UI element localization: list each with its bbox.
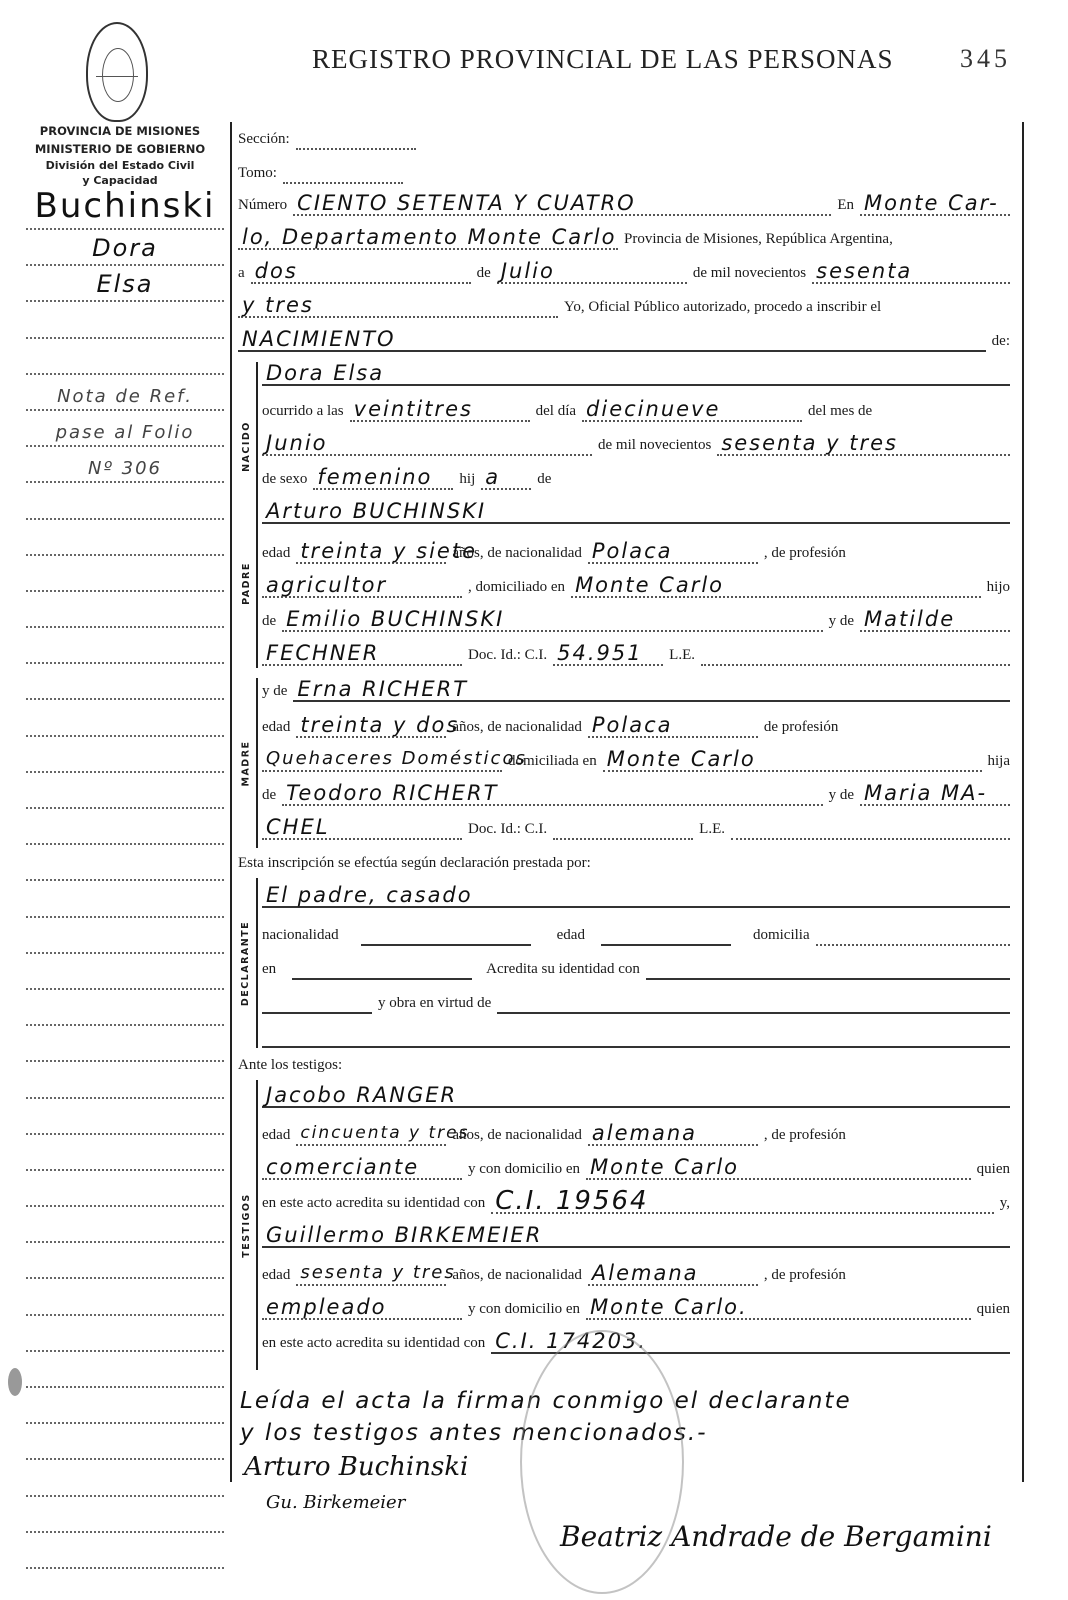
father-doc-field[interactable]: 54.951	[553, 640, 663, 666]
witness2-age-field[interactable]: sesenta y tres	[296, 1260, 446, 1286]
father-profession-label: , de profesión	[764, 545, 852, 564]
act-type-field[interactable]: NACIMIENTO	[238, 326, 986, 352]
issuer-province: PROVINCIA DE MISIONES	[10, 122, 230, 140]
witness2-nationality-field[interactable]: Alemana	[588, 1260, 758, 1286]
margin-surname: Buchinski	[26, 186, 224, 226]
mother-domicile-label: domiciliada en	[508, 753, 603, 772]
province-text: Provincia de Misiones, República Argenti…	[624, 231, 899, 250]
margin-note-2: pase al Folio	[26, 422, 224, 443]
hijo-label: hijo	[987, 579, 1016, 598]
birth-month-field[interactable]: Junio	[262, 430, 592, 456]
place-field-2[interactable]: lo, Departamento Monte Carlo	[238, 224, 618, 250]
sex-label: de sexo	[262, 471, 313, 490]
declarant-identity-label: Acredita su identidad con	[486, 961, 646, 980]
signature-witness: Gu. Birkemeier	[266, 1492, 405, 1513]
witness2-domicile-field[interactable]: Monte Carlo.	[586, 1294, 971, 1320]
witness1-profession-field[interactable]: comerciante	[262, 1154, 462, 1180]
birth-day-field[interactable]: diecinueve	[582, 396, 802, 422]
witness2-profession-label: , de profesión	[764, 1267, 852, 1286]
father-nationality-label: años, de nacionalidad	[452, 545, 588, 564]
declarant-domicile-field[interactable]	[816, 920, 1010, 946]
year-field-2[interactable]: y tres	[238, 292, 558, 318]
witness1-identity-label: en este acto acredita su identidad con	[262, 1195, 491, 1214]
declarant-age-label: edad	[557, 927, 591, 946]
de-colon-label: de:	[992, 333, 1016, 352]
father-age-field[interactable]: treinta y siete	[296, 538, 446, 564]
registration-form: Sección: Tomo: Número CIENTO SETENTA Y C…	[230, 122, 1024, 1482]
witness2-quien-label: quien	[977, 1301, 1016, 1320]
witness1-profession-label: , de profesión	[764, 1127, 852, 1146]
paternal-grandfather-label: de	[262, 613, 282, 632]
father-name-field[interactable]: Arturo BUCHINSKI	[262, 498, 1010, 524]
seccion-field[interactable]	[296, 124, 416, 150]
issuer-ministry: MINISTERIO DE GOBIERNO	[10, 140, 230, 158]
witness1-y-label: y,	[1000, 1195, 1016, 1214]
father-le-field[interactable]	[701, 640, 1010, 666]
mother-age-label: edad	[262, 719, 296, 738]
official-stamp	[520, 1330, 684, 1594]
argentine-coat-of-arms-icon	[86, 22, 148, 122]
declarant-domicile-label: domicilia	[753, 927, 816, 946]
officer-text: Yo, Oficial Público autorizado, procedo …	[564, 299, 887, 318]
numero-field[interactable]: CIENTO SETENTA Y CUATRO	[293, 190, 831, 216]
witness2-identity-label: en este acto acredita su identidad con	[262, 1335, 491, 1354]
paternal-grandmother-field-2[interactable]: FECHNER	[262, 640, 462, 666]
de-label-2: de	[537, 471, 557, 490]
mother-name-field[interactable]: Erna RICHERT	[293, 676, 1010, 702]
maternal-grandmother-field-2[interactable]: CHEL	[262, 814, 462, 840]
hij-field[interactable]: a	[481, 464, 531, 490]
declarant-obra-label: y obra en virtud de	[378, 995, 497, 1014]
mother-profession-field[interactable]: Quehaceres Domésticos	[262, 746, 502, 772]
witness2-domicile-label: y con domicilio en	[468, 1301, 586, 1320]
child-name-field[interactable]: Dora Elsa	[262, 360, 1010, 386]
declarant-en-field[interactable]	[292, 954, 472, 980]
witness1-domicile-field[interactable]: Monte Carlo	[586, 1154, 971, 1180]
hour-field[interactable]: veintitres	[350, 396, 530, 422]
paternal-grandmother-field-1[interactable]: Matilde	[860, 606, 1010, 632]
declarant-obra-prefix-field[interactable]	[262, 988, 372, 1014]
sex-field[interactable]: femenino	[313, 464, 453, 490]
witness2-name-field[interactable]: Guillermo BIRKEMEIER	[262, 1222, 1010, 1248]
hour-label: ocurrido a las	[262, 403, 350, 422]
mother-nationality-label: años, de nacionalidad	[452, 719, 588, 738]
declarant-identity-field[interactable]	[646, 954, 1010, 980]
mother-doc-field[interactable]	[553, 814, 693, 840]
document-title: REGISTRO PROVINCIAL DE LAS PERSONAS	[312, 44, 894, 75]
witness1-nationality-label: años, de nacionalidad	[452, 1127, 588, 1146]
father-age-label: edad	[262, 545, 296, 564]
witness1-domicile-label: y con domicilio en	[468, 1161, 586, 1180]
mother-le-field[interactable]	[731, 814, 1010, 840]
birth-year-label: de mil novecientos	[598, 437, 717, 456]
numero-label: Número	[238, 197, 293, 216]
en-label: En	[837, 197, 860, 216]
witness1-quien-label: quien	[977, 1161, 1016, 1180]
witness1-name-field[interactable]: Jacobo RANGER	[262, 1082, 1010, 1108]
declarant-extra-line[interactable]	[262, 1022, 1010, 1048]
margin-first-name: Dora	[26, 234, 224, 262]
witness2-profession-field[interactable]: empleado	[262, 1294, 462, 1320]
hija-label: hija	[988, 753, 1017, 772]
father-domicile-label: , domiciliado en	[468, 579, 571, 598]
witness1-age-label: edad	[262, 1127, 296, 1146]
margin-note-3: Nº 306	[26, 458, 224, 479]
witness2-age-label: edad	[262, 1267, 296, 1286]
year-prefix: de mil novecientos	[693, 265, 812, 284]
day-field[interactable]: dos	[251, 258, 471, 284]
section-label-testigos: TESTIGOS	[238, 1080, 254, 1370]
tomo-field[interactable]	[283, 158, 403, 184]
section-label-declarante: DECLARANTE	[238, 878, 254, 1048]
father-le-label: L.E.	[669, 647, 701, 666]
maternal-grandfather-field[interactable]: Teodoro RICHERT	[282, 780, 822, 806]
father-domicile-field[interactable]: Monte Carlo	[571, 572, 981, 598]
page-number: 345	[960, 44, 1011, 74]
birth-day-label: del día	[536, 403, 582, 422]
declarant-en-label: en	[262, 961, 282, 980]
year-field-1[interactable]: sesenta	[812, 258, 1010, 284]
mother-le-label: L.E.	[699, 821, 731, 840]
father-nationality-field[interactable]: Polaca	[588, 538, 758, 564]
declarant-nationality-field[interactable]	[361, 920, 531, 946]
margin-note-1: Nota de Ref.	[26, 386, 224, 407]
witness1-nationality-field[interactable]: alemana	[588, 1120, 758, 1146]
witness1-identity-field[interactable]: C.I. 19564	[491, 1188, 993, 1214]
place-field-1[interactable]: Monte Car-	[860, 190, 1010, 216]
witness1-age-field[interactable]: cincuenta y tres	[296, 1120, 446, 1146]
hij-label: hij	[459, 471, 481, 490]
paternal-grandmother-label: y de	[829, 613, 860, 632]
declarant-age-field[interactable]	[601, 920, 731, 946]
section-label-padre: PADRE	[238, 498, 254, 668]
signature-declarant: Arturo Buchinski	[244, 1452, 468, 1482]
maternal-grandmother-label: y de	[829, 787, 860, 806]
declarant-obra-field[interactable]	[497, 988, 1010, 1014]
mother-nationality-field[interactable]: Polaca	[588, 712, 758, 738]
mother-label: y de	[262, 683, 293, 702]
tomo-label: Tomo:	[238, 165, 283, 184]
mother-profession-label: de profesión	[764, 719, 845, 738]
declarant-intro: Esta inscripción se efectúa según declar…	[238, 855, 597, 874]
seccion-label: Sección:	[238, 131, 296, 150]
margin-middle-name: Elsa	[26, 270, 224, 298]
punch-hole	[8, 1368, 22, 1396]
mother-age-field[interactable]: treinta y dos	[296, 712, 446, 738]
month-field[interactable]: Julio	[497, 258, 687, 284]
birth-month-label: del mes de	[808, 403, 878, 422]
mother-domicile-field[interactable]: Monte Carlo	[603, 746, 982, 772]
de-label: de	[477, 265, 497, 284]
declarant-name-field[interactable]: El padre, casado	[262, 882, 1010, 908]
witnesses-intro: Ante los testigos:	[238, 1057, 348, 1076]
margin-notes: Buchinski Dora Elsa Nota de Ref. pase al…	[26, 190, 224, 1569]
maternal-grandmother-field-1[interactable]: Maria MA-	[860, 780, 1010, 806]
section-label-madre: MADRE	[238, 678, 254, 848]
witness2-nationality-label: años, de nacionalidad	[452, 1267, 588, 1286]
mother-doc-label: Doc. Id.: C.I.	[468, 821, 553, 840]
birth-year-field[interactable]: sesenta y tres	[717, 430, 1010, 456]
paternal-grandfather-field[interactable]: Emilio BUCHINSKI	[282, 606, 822, 632]
signature-officer: Beatriz Andrade de Bergamini	[560, 1520, 992, 1553]
father-profession-field[interactable]: agricultor	[262, 572, 462, 598]
maternal-grandfather-label: de	[262, 787, 282, 806]
a-label: a	[238, 265, 251, 284]
issuer-division: División del Estado Civil	[10, 158, 230, 173]
declarant-nationality-label: nacionalidad	[262, 927, 345, 946]
father-doc-label: Doc. Id.: C.I.	[468, 647, 553, 666]
issuing-authority: PROVINCIA DE MISIONES MINISTERIO DE GOBI…	[10, 122, 230, 188]
